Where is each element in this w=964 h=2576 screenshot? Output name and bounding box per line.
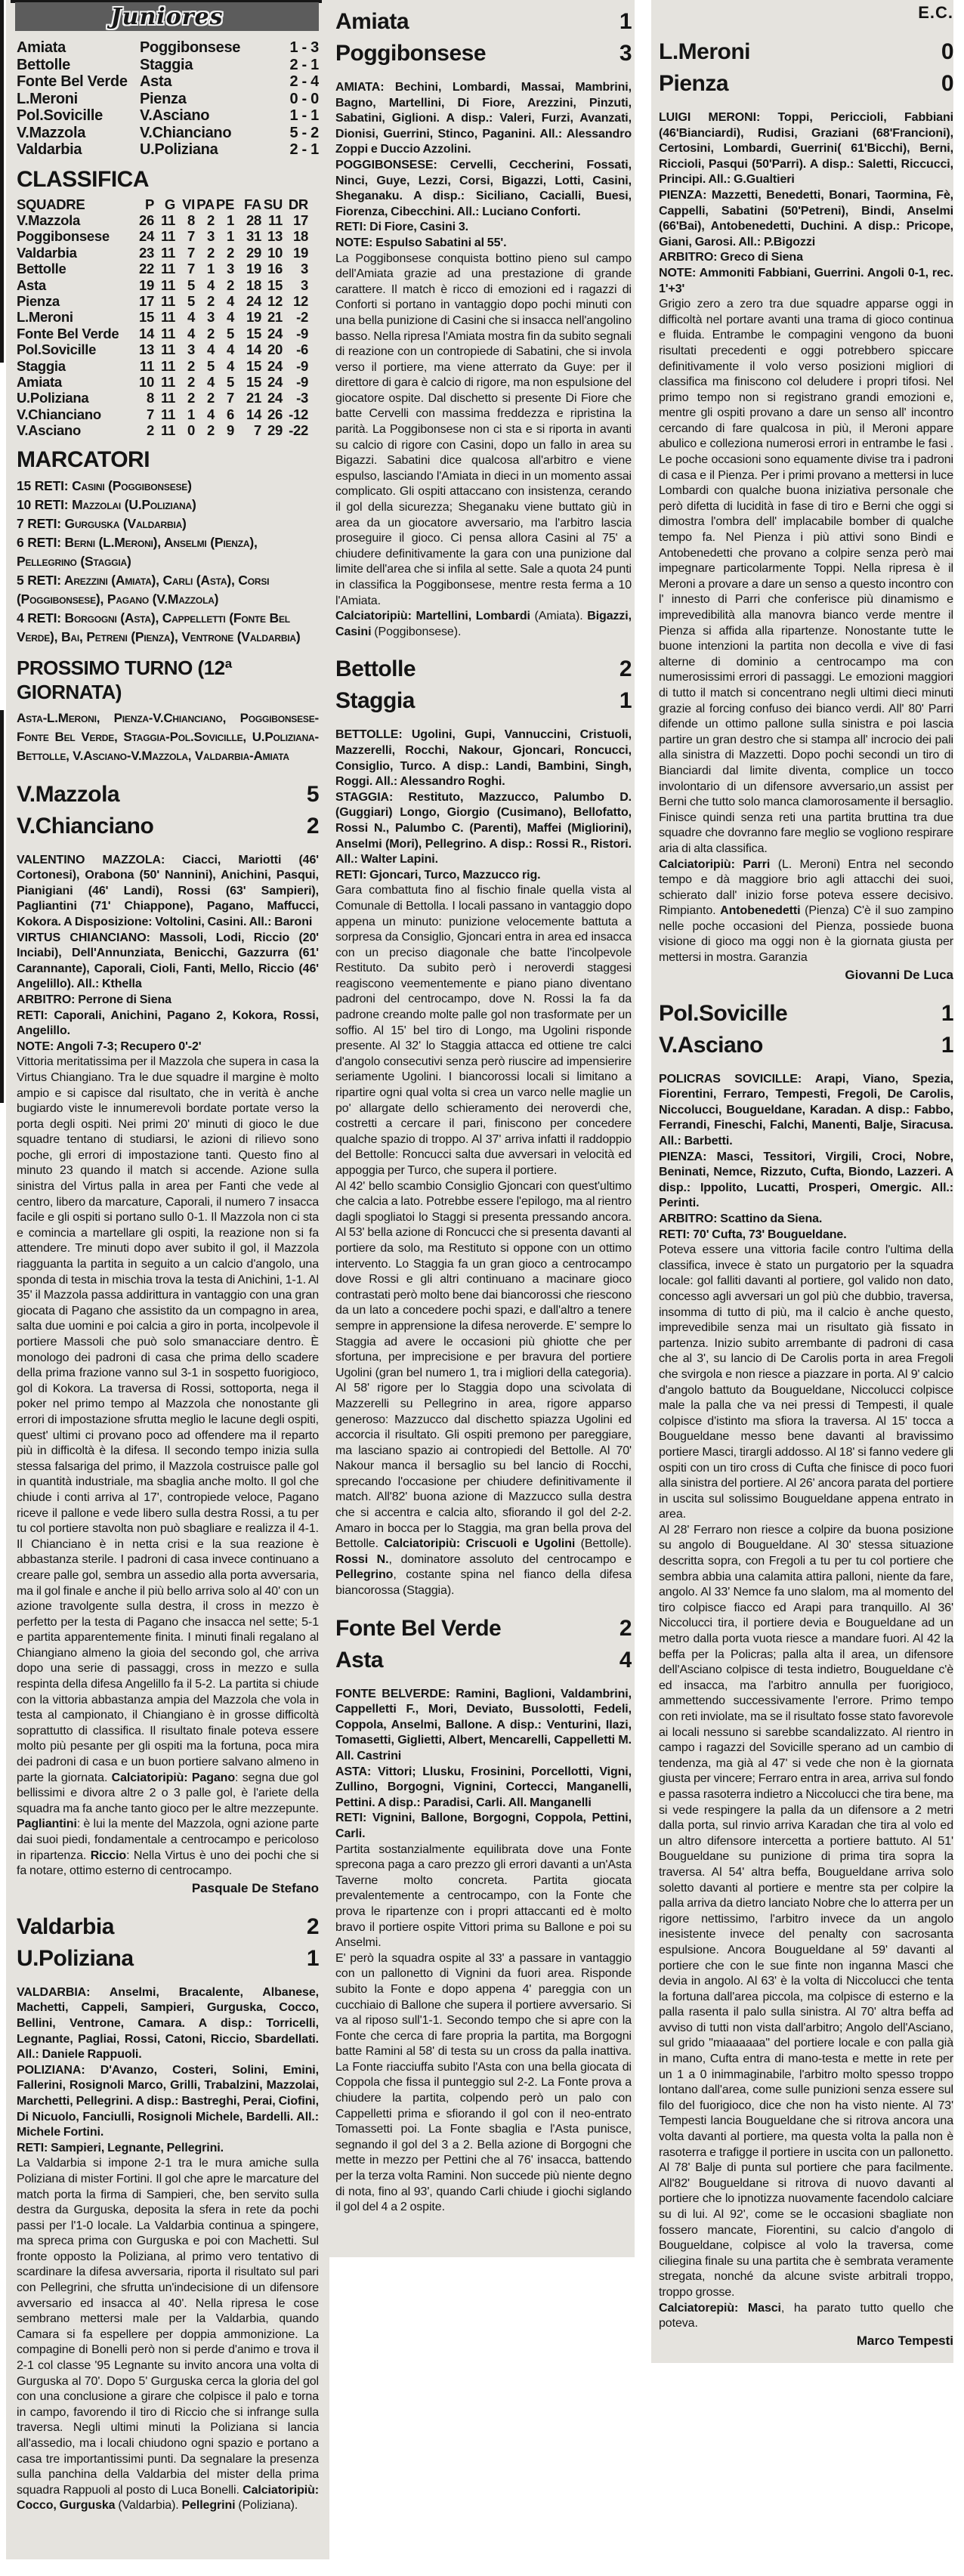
classifica-goal-diff: -3 (283, 390, 308, 406)
classifica-points: 22 (130, 261, 154, 276)
classifica-points: 8 (130, 390, 154, 406)
result-score: 2 - 1 (289, 141, 319, 159)
classifica-team: Valdarbia (17, 245, 130, 261)
lineup-line: NOTE: Ammoniti Fabbiani, Guerrini. Angol… (659, 266, 953, 297)
classifica-draws: 3 (195, 309, 215, 325)
prossimo-turno-title: PROSSIMO TURNO (12ª GIORNATA) (17, 656, 319, 704)
classifica-wins: 5 (175, 277, 195, 293)
classifica-losses: 7 (215, 390, 234, 406)
classifica-team: L.Meroni (17, 309, 130, 325)
classifica-played: 11 (154, 212, 175, 228)
classifica-team: Poggibonsese (17, 228, 130, 244)
headline-home-score: 0 (941, 36, 953, 68)
lineup-line: RETI: Caporali, Anichini, Pagano 2, Koko… (17, 1008, 319, 1039)
classifica-goals-for: 19 (234, 309, 261, 325)
headline-away-score: 2 (307, 811, 319, 842)
classifica-losses: 6 (215, 406, 234, 422)
results-list: Amiata Poggibonsese 1 - 3 Bettolle Stagg… (17, 39, 319, 159)
classifica-goals-against: 29 (261, 422, 283, 438)
result-away-team: Staggia (140, 57, 289, 74)
lineup-line: VALENTINO MAZZOLA: Ciacci, Mariotti (46'… (17, 853, 319, 931)
classifica-row: V.Asciano 2 11 0 2 9 7 29 -22 (17, 422, 319, 438)
result-row: Bettolle Staggia 2 - 1 (17, 57, 319, 74)
report-paragraph: Al 28' Ferraro non riesce a colpire da b… (659, 1523, 953, 2301)
headline-home-team: Pol.Sovicille (659, 998, 787, 1030)
report-paragraph: Calciatorepiù: Masci, ha parato tutto qu… (659, 2301, 953, 2332)
headline-home-score: 1 (619, 6, 632, 38)
marcatori-entry: 6 RETI: Berni (L.Meroni), Anselmi (Pienz… (17, 533, 319, 571)
classifica-goals-against: 24 (261, 374, 283, 390)
classifica-points: 10 (130, 374, 154, 390)
classifica-team: Fonte Bel Verde (17, 326, 130, 341)
classifica-row: Asta 19 11 5 4 2 18 15 3 (17, 277, 319, 293)
classifica-points: 19 (130, 277, 154, 293)
headline-away-score: 3 (619, 38, 632, 69)
marcatori-title: MARCATORI (17, 448, 319, 472)
newspaper-page: { "banner": {"title": "Juniores"}, "corn… (0, 0, 964, 2576)
report-paragraph: Gara combattuta fino al fischio finale q… (335, 883, 632, 1178)
classifica-team: Pol.Sovicille (17, 341, 130, 357)
lineup-line: FONTE BELVERDE: Ramini, Baglioni, Valdam… (335, 1687, 632, 1765)
headline-away-team: Asta (335, 1645, 383, 1676)
classifica-goals-against: 12 (261, 293, 283, 309)
headline-away-score: 4 (619, 1645, 632, 1676)
result-row: L.Meroni Pienza 0 - 0 (17, 91, 319, 108)
classifica-losses: 5 (215, 326, 234, 341)
classifica-played: 11 (154, 422, 175, 438)
result-home-team: Amiata (17, 39, 140, 57)
result-row: Fonte Bel Verde Asta 2 - 4 (17, 73, 319, 91)
classifica-wins: 7 (175, 228, 195, 244)
lineup-line: ARBITRO: Scattino da Siena. (659, 1212, 953, 1228)
report-paragraph: Vittoria meritatissima per il Mazzola ch… (17, 1055, 319, 1879)
report-signature: Marco Tempesti (659, 2332, 953, 2350)
report-body: Poteva essere una vittoria facile contro… (659, 1243, 953, 2332)
classifica-row: Staggia 11 11 2 5 4 15 24 -9 (17, 358, 319, 374)
classifica-goal-diff: -22 (283, 422, 308, 438)
headline-home-row: Pol.Sovicille 1 (659, 998, 953, 1030)
report-body: Partita sostanzialmente equilibrata dove… (335, 1842, 632, 2216)
classifica-points: 2 (130, 422, 154, 438)
classifica-losses: 3 (215, 261, 234, 276)
result-score: 2 - 1 (289, 57, 319, 74)
classifica-header-g: G (154, 196, 175, 212)
classifica-header-pa: PA (195, 196, 215, 212)
classifica-wins: 0 (175, 422, 195, 438)
classifica-goals-against: 24 (261, 358, 283, 374)
classifica-table-body: V.Mazzola 26 11 8 2 1 28 11 17 Poggibons… (17, 212, 319, 439)
classifica-goal-diff: 18 (283, 228, 308, 244)
lineup-line: POLICRAS SOVICILLE: Arapi, Viano, Spezia… (659, 1072, 953, 1150)
classifica-points: 17 (130, 293, 154, 309)
result-score: 5 - 2 (289, 125, 319, 142)
match-report-vmazzola-vchianciano: V.Mazzola 5 V.Chianciano 2 VALENTINO MAZ… (17, 779, 319, 1898)
headline-home-row: Bettolle 2 (335, 653, 632, 685)
lineup-block: BETTOLLE: Ugolini, Gupi, Vannuccini, Cri… (335, 727, 632, 883)
headline-away-row: V.Chianciano 2 (17, 811, 319, 842)
report-signature: Giovanni De Luca (659, 966, 953, 984)
classifica-goal-diff: 3 (283, 277, 308, 293)
result-home-team: Pol.Sovicille (17, 107, 140, 125)
lineup-line: VALDARBIA: Anselmi, Bracalente, Albanese… (17, 1985, 319, 2063)
classifica-wins: 1 (175, 406, 195, 422)
classifica-losses: 4 (215, 341, 234, 357)
classifica-goals-for: 7 (234, 422, 261, 438)
classifica-goals-against: 24 (261, 390, 283, 406)
classifica-goals-against: 16 (261, 261, 283, 276)
classifica-team: Bettolle (17, 261, 130, 276)
classifica-goals-against: 24 (261, 326, 283, 341)
classifica-goal-diff: -2 (283, 309, 308, 325)
result-row: V.Mazzola V.Chianciano 5 - 2 (17, 125, 319, 142)
headline-away-row: Asta 4 (335, 1645, 632, 1676)
headline-home-team: Valdarbia (17, 1911, 114, 1943)
classifica-goals-against: 20 (261, 341, 283, 357)
report-body: La Valdarbia si impone 2-1 tra le mura a… (17, 2156, 319, 2514)
classifica-team: U.Poliziana (17, 390, 130, 406)
classifica-draws: 2 (195, 245, 215, 261)
headline-home-row: Valdarbia 2 (17, 1911, 319, 1943)
classifica-title: CLASSIFICA (17, 168, 319, 192)
marcatori-entry: 10 RETI: Mazzolai (U.Poliziana) (17, 496, 319, 514)
classifica-header-row: SQUADRE P G VI PA PE FA SU DR (17, 196, 319, 212)
column-middle: Amiata 1 Poggibonsese 3 AMIATA: Bechini,… (335, 6, 632, 2251)
classifica-draws: 2 (195, 212, 215, 228)
match-headline: L.Meroni 0 Pienza 0 (659, 36, 953, 100)
classifica-wins: 4 (175, 309, 195, 325)
classifica-header-squadre: SQUADRE (17, 196, 130, 212)
classifica-goals-for: 19 (234, 261, 261, 276)
headline-home-team: Fonte Bel Verde (335, 1613, 501, 1645)
match-report-fontebelverde-asta: Fonte Bel Verde 2 Asta 4 FONTE BELVERDE:… (335, 1613, 632, 2216)
classifica-row: Fonte Bel Verde 14 11 4 2 5 15 24 -9 (17, 326, 319, 341)
lineup-line: RETI: Sampieri, Legnante, Pellegrini. (17, 2141, 319, 2157)
match-headline: Bettolle 2 Staggia 1 (335, 653, 632, 717)
classifica-draws: 4 (195, 277, 215, 293)
classifica-goals-for: 31 (234, 228, 261, 244)
headline-away-score: 0 (941, 68, 953, 100)
headline-home-score: 5 (307, 779, 319, 811)
column-right: E.C. L.Meroni 0 Pienza 0 LUIGI MERONI: T… (659, 3, 953, 2358)
classifica-played: 11 (154, 309, 175, 325)
classifica-goals-for: 14 (234, 341, 261, 357)
headline-home-score: 2 (619, 653, 632, 685)
classifica-goals-for: 15 (234, 374, 261, 390)
headline-away-team: V.Chianciano (17, 811, 153, 842)
lineup-line: BETTOLLE: Ugolini, Gupi, Vannuccini, Cri… (335, 727, 632, 789)
lineup-line: STAGGIA: Restituto, Mazzucco, Palumbo D.… (335, 790, 632, 868)
section-banner: Juniores (15, 2, 319, 31)
scan-border-left-lower (0, 710, 4, 1103)
classifica-row: Bettolle 22 11 7 1 3 19 16 3 (17, 261, 319, 276)
classifica-draws: 4 (195, 374, 215, 390)
classifica-played: 11 (154, 358, 175, 374)
classifica-goals-against: 10 (261, 245, 283, 261)
match-headline: Pol.Sovicille 1 V.Asciano 1 (659, 998, 953, 1061)
match-headline: V.Mazzola 5 V.Chianciano 2 (17, 779, 319, 842)
classifica-draws: 4 (195, 341, 215, 357)
headline-away-score: 1 (307, 1943, 319, 1975)
report-paragraph: Calciatoripiù: Parri (L. Meroni) Entra n… (659, 857, 953, 966)
classifica-header-dr: DR (283, 196, 308, 212)
classifica-goal-diff: -6 (283, 341, 308, 357)
classifica-wins: 5 (175, 293, 195, 309)
marcatori-entry: 5 RETI: Arezzini (Amiata), Carli (Asta),… (17, 571, 319, 609)
headline-away-row: Pienza 0 (659, 68, 953, 100)
lineup-line: RETI: Gjoncari, Turco, Mazzucco rig. (335, 868, 632, 884)
classifica-losses: 4 (215, 358, 234, 374)
classifica-played: 11 (154, 245, 175, 261)
lineup-block: LUIGI MERONI: Toppi, Periccioli, Fabbian… (659, 110, 953, 297)
corner-label: E.C. (659, 3, 953, 23)
classifica-points: 11 (130, 358, 154, 374)
classifica-goal-diff: 12 (283, 293, 308, 309)
classifica-played: 11 (154, 390, 175, 406)
classifica-goals-against: 15 (261, 277, 283, 293)
result-away-team: Asta (140, 73, 289, 91)
headline-away-row: U.Poliziana 1 (17, 1943, 319, 1975)
classifica-goals-for: 24 (234, 293, 261, 309)
column-left: Amiata Poggibonsese 1 - 3 Bettolle Stagg… (17, 39, 319, 2555)
result-home-team: Bettolle (17, 57, 140, 74)
classifica-goals-for: 15 (234, 326, 261, 341)
classifica-played: 11 (154, 406, 175, 422)
classifica-goals-against: 21 (261, 309, 283, 325)
classifica-header-p: P (130, 196, 154, 212)
headline-away-team: V.Asciano (659, 1030, 763, 1061)
result-row: Valdarbia U.Poliziana 2 - 1 (17, 141, 319, 159)
lineup-line: POLIZIANA: D'Avanzo, Costeri, Solini, Em… (17, 2063, 319, 2141)
result-row: Amiata Poggibonsese 1 - 3 (17, 39, 319, 57)
classifica-goals-against: 13 (261, 228, 283, 244)
result-away-team: U.Poliziana (140, 141, 289, 159)
classifica-row: Pienza 17 11 5 2 4 24 12 12 (17, 293, 319, 309)
lineup-line: POGGIBONSESE: Cervelli, Ceccherini, Foss… (335, 158, 632, 220)
report-signature: Pasquale De Stefano (17, 1879, 319, 1898)
result-home-team: Fonte Bel Verde (17, 73, 140, 91)
report-paragraph: Poteva essere una vittoria facile contro… (659, 1243, 953, 1523)
report-paragraph: Grigio zero a zero tra due squadre appar… (659, 297, 953, 857)
classifica-goals-against: 11 (261, 212, 283, 228)
classifica-goal-diff: -9 (283, 374, 308, 390)
marcatori-list: 15 RETI: Casini (Poggibonsese) 10 RETI: … (17, 477, 319, 647)
headline-home-score: 2 (307, 1911, 319, 1943)
marcatori-entry: 4 RETI: Borgogni (Asta), Cappelletti (Fo… (17, 609, 319, 647)
lineup-line: NOTE: Espulso Sabatini al 55'. (335, 236, 632, 252)
headline-away-row: Poggibonsese 3 (335, 38, 632, 69)
headline-away-score: 1 (619, 685, 632, 717)
lineup-line: VIRTUS CHIANCIANO: Massoli, Lodi, Riccio… (17, 931, 319, 993)
headline-home-team: L.Meroni (659, 36, 750, 68)
match-headline: Valdarbia 2 U.Poliziana 1 (17, 1911, 319, 1975)
headline-home-row: V.Mazzola 5 (17, 779, 319, 811)
lineup-line: AMIATA: Bechini, Lombardi, Massai, Mambr… (335, 80, 632, 158)
result-score: 2 - 4 (289, 73, 319, 91)
classifica-losses: 9 (215, 422, 234, 438)
report-body: La Poggibonsese conquista bottino pieno … (335, 252, 632, 641)
scan-border-left-upper (0, 0, 4, 363)
classifica-header-fa: FA (234, 196, 261, 212)
classifica-wins: 8 (175, 212, 195, 228)
classifica-wins: 2 (175, 390, 195, 406)
lineup-line: RETI: Di Fiore, Casini 3. (335, 220, 632, 236)
report-paragraph: E' però la squadra ospite al 33' a passa… (335, 1951, 632, 2216)
report-paragraph: Partita sostanzialmente equilibrata dove… (335, 1842, 632, 1951)
report-paragraph: Al 42' bello scambio Consiglio Gjoncari … (335, 1179, 632, 1599)
report-body: Gara combattuta fino al fischio finale q… (335, 883, 632, 1598)
report-paragraph: La Poggibonsese conquista bottino pieno … (335, 252, 632, 610)
classifica-played: 11 (154, 293, 175, 309)
classifica-losses: 5 (215, 374, 234, 390)
classifica-losses: 4 (215, 309, 234, 325)
lineup-line: ASTA: Vittori; Llusku, Frosinini, Porcel… (335, 1765, 632, 1812)
classifica-draws: 2 (195, 422, 215, 438)
classifica-wins: 7 (175, 245, 195, 261)
lineup-line: PIENZA: Masci, Tessitori, Virgili, Croci… (659, 1150, 953, 1212)
classifica-row: Poggibonsese 24 11 7 3 1 31 13 18 (17, 228, 319, 244)
classifica-points: 14 (130, 326, 154, 341)
classifica-wins: 3 (175, 341, 195, 357)
classifica-wins: 7 (175, 261, 195, 276)
classifica-losses: 1 (215, 228, 234, 244)
classifica-team: V.Chianciano (17, 406, 130, 422)
marcatori-entry: 7 RETI: Gurguska (Valdarbia) (17, 514, 319, 533)
classifica-team: Pienza (17, 293, 130, 309)
classifica-draws: 2 (195, 326, 215, 341)
report-body: Grigio zero a zero tra due squadre appar… (659, 297, 953, 966)
match-report-valdarbia-upoliziana: Valdarbia 2 U.Poliziana 1 VALDARBIA: Ans… (17, 1911, 319, 2514)
headline-away-row: V.Asciano 1 (659, 1030, 953, 1061)
classifica-draws: 5 (195, 358, 215, 374)
classifica-played: 11 (154, 261, 175, 276)
classifica-draws: 2 (195, 293, 215, 309)
lineup-block: AMIATA: Bechini, Lombardi, Massai, Mambr… (335, 80, 632, 252)
headline-home-team: Bettolle (335, 653, 416, 685)
lineup-line: NOTE: Angoli 7-3; Recupero 0'-2' (17, 1039, 319, 1055)
classifica-goals-for: 18 (234, 277, 261, 293)
lineup-line: LUIGI MERONI: Toppi, Periccioli, Fabbian… (659, 110, 953, 188)
classifica-team: V.Mazzola (17, 212, 130, 228)
headline-away-team: Poggibonsese (335, 38, 486, 69)
headline-away-row: Staggia 1 (335, 685, 632, 717)
classifica-goals-for: 21 (234, 390, 261, 406)
classifica-team: Staggia (17, 358, 130, 374)
classifica-wins: 4 (175, 326, 195, 341)
match-report-polsovicille-vasciano: Pol.Sovicille 1 V.Asciano 1 POLICRAS SOV… (659, 998, 953, 2350)
classifica-draws: 4 (195, 406, 215, 422)
classifica-points: 7 (130, 406, 154, 422)
report-paragraph: Calciatoripiù: Martellini, Lombardi (Ami… (335, 609, 632, 640)
classifica-draws: 1 (195, 261, 215, 276)
classifica-row: Pol.Sovicille 13 11 3 4 4 14 20 -6 (17, 341, 319, 357)
classifica-wins: 2 (175, 374, 195, 390)
lineup-line: PIENZA: Mazzetti, Benedetti, Bonari, Tao… (659, 188, 953, 250)
match-headline: Amiata 1 Poggibonsese 3 (335, 6, 632, 69)
classifica-points: 26 (130, 212, 154, 228)
headline-away-team: U.Poliziana (17, 1943, 134, 1975)
classifica-goal-diff: 17 (283, 212, 308, 228)
marcatori-entry: 15 RETI: Casini (Poggibonsese) (17, 477, 319, 496)
lineup-block: VALDARBIA: Anselmi, Bracalente, Albanese… (17, 1985, 319, 2157)
result-home-team: L.Meroni (17, 91, 140, 108)
lineup-block: FONTE BELVERDE: Ramini, Baglioni, Valdam… (335, 1687, 632, 1842)
lineup-block: POLICRAS SOVICILLE: Arapi, Viano, Spezia… (659, 1072, 953, 1243)
classifica-goal-diff: -9 (283, 358, 308, 374)
classifica-goals-against: 26 (261, 406, 283, 422)
classifica-row: V.Mazzola 26 11 8 2 1 28 11 17 (17, 212, 319, 228)
classifica-losses: 2 (215, 277, 234, 293)
match-headline: Fonte Bel Verde 2 Asta 4 (335, 1613, 632, 1676)
classifica-points: 13 (130, 341, 154, 357)
result-home-team: Valdarbia (17, 141, 140, 159)
classifica-points: 24 (130, 228, 154, 244)
classifica-row: L.Meroni 15 11 4 3 4 19 21 -2 (17, 309, 319, 325)
result-score: 1 - 1 (289, 107, 319, 125)
match-report-lmeroni-pienza: L.Meroni 0 Pienza 0 LUIGI MERONI: Toppi,… (659, 36, 953, 984)
classifica-losses: 2 (215, 245, 234, 261)
lineup-line: ARBITRO: Perrone di Siena (17, 993, 319, 1008)
match-report-bettolle-staggia: Bettolle 2 Staggia 1 BETTOLLE: Ugolini, … (335, 653, 632, 1598)
classifica-goal-diff: 19 (283, 245, 308, 261)
classifica-goals-for: 14 (234, 406, 261, 422)
headline-away-team: Staggia (335, 685, 415, 717)
match-report-amiata-poggibonsese: Amiata 1 Poggibonsese 3 AMIATA: Bechini,… (335, 6, 632, 640)
lineup-line: RETI: Vignini, Ballone, Borgogni, Coppol… (335, 1811, 632, 1842)
result-score: 1 - 3 (289, 39, 319, 57)
classifica-team: V.Asciano (17, 422, 130, 438)
classifica-goals-for: 15 (234, 358, 261, 374)
result-away-team: Poggibonsese (140, 39, 289, 57)
result-home-team: V.Mazzola (17, 125, 140, 142)
classifica-draws: 3 (195, 228, 215, 244)
result-row: Pol.Sovicille V.Asciano 1 - 1 (17, 107, 319, 125)
classifica-played: 11 (154, 374, 175, 390)
report-paragraph: La Valdarbia si impone 2-1 tra le mura a… (17, 2156, 319, 2514)
classifica-row: V.Chianciano 7 11 1 4 6 14 26 -12 (17, 406, 319, 422)
headline-home-team: V.Mazzola (17, 779, 119, 811)
classifica-goals-for: 28 (234, 212, 261, 228)
lineup-line: RETI: 70' Cufta, 73' Bougueldane. (659, 1228, 953, 1243)
headline-home-row: Amiata 1 (335, 6, 632, 38)
headline-away-score: 1 (941, 1030, 953, 1061)
classifica-played: 11 (154, 326, 175, 341)
classifica-goal-diff: -12 (283, 406, 308, 422)
classifica-row: Valdarbia 23 11 7 2 2 29 10 19 (17, 245, 319, 261)
classifica-goal-diff: 3 (283, 261, 308, 276)
headline-home-score: 1 (941, 998, 953, 1030)
classifica-row: U.Poliziana 8 11 2 2 7 21 24 -3 (17, 390, 319, 406)
prossimo-turno-fixtures: Asta-L.Meroni, Pienza-V.Chianciano, Pogg… (17, 709, 319, 765)
classifica-losses: 1 (215, 212, 234, 228)
classifica-draws: 2 (195, 390, 215, 406)
headline-home-row: L.Meroni 0 (659, 36, 953, 68)
headline-home-row: Fonte Bel Verde 2 (335, 1613, 632, 1645)
classifica-header-su: SU (261, 196, 283, 212)
classifica-team: Amiata (17, 374, 130, 390)
result-away-team: V.Chianciano (140, 125, 289, 142)
section-banner-title: Juniores (110, 4, 223, 30)
classifica-team: Asta (17, 277, 130, 293)
result-away-team: V.Asciano (140, 107, 289, 125)
report-body: Vittoria meritatissima per il Mazzola ch… (17, 1055, 319, 1879)
classifica-played: 11 (154, 228, 175, 244)
classifica-played: 11 (154, 277, 175, 293)
headline-home-score: 2 (619, 1613, 632, 1645)
classifica-points: 23 (130, 245, 154, 261)
classifica-wins: 2 (175, 358, 195, 374)
classifica-losses: 4 (215, 293, 234, 309)
classifica-goal-diff: -9 (283, 326, 308, 341)
